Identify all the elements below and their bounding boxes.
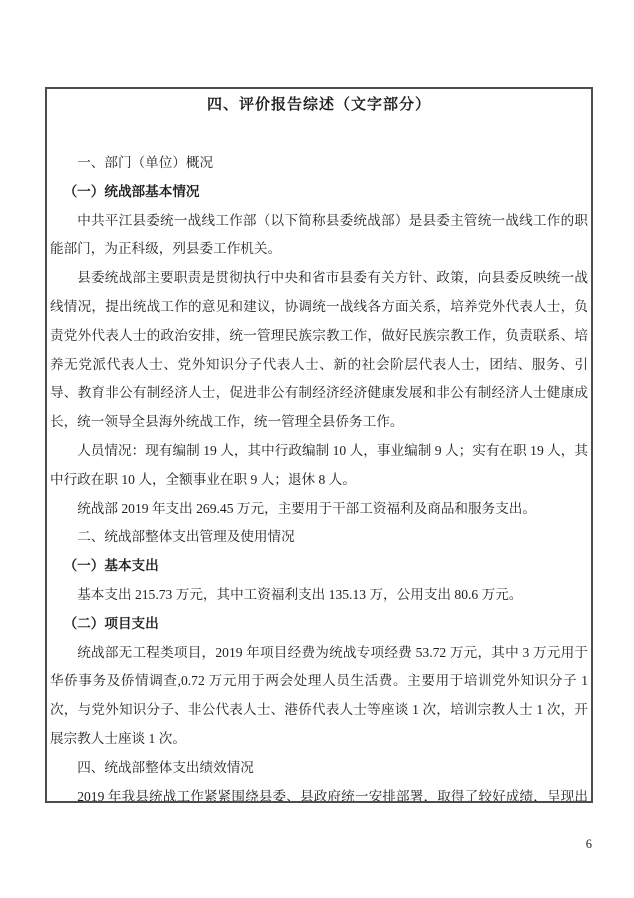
section-heading: 四、统战部整体支出绩效情况	[50, 754, 588, 783]
section-heading: （二）项目支出	[50, 610, 588, 639]
page-number: 6	[586, 836, 592, 852]
body-paragraph: 基本支出 215.73 万元，其中工资福利支出 135.13 万，公用支出 80…	[50, 581, 588, 610]
section-heading: （一）基本支出	[50, 552, 588, 581]
document-page: 四、评价报告综述（文字部分） 一、部门（单位）概况（一）统战部基本情况中共平江县…	[0, 0, 634, 898]
section-heading: 二、统战部整体支出管理及使用情况	[50, 523, 588, 552]
report-title: 四、评价报告综述（文字部分）	[47, 95, 591, 115]
section-heading: （一）统战部基本情况	[50, 178, 588, 207]
body-paragraph: 县委统战部主要职责是贯彻执行中央和省市县委有关方针、政策，向县委反映统一战线情况…	[50, 264, 588, 437]
body-paragraph: 中共平江县委统一战线工作部（以下简称县委统战部）是县委主管统一战线工作的职能部门…	[50, 207, 588, 265]
body-paragraph: 2019 年我县统战工作紧紧围绕县委、县政府统一安排部署，取得了较好成绩，呈现出…	[50, 783, 588, 803]
body-paragraph: 统战部无工程类项目，2019 年项目经费为统战专项经费 53.72 万元，其中 …	[50, 639, 588, 754]
body-paragraph: 人员情况：现有编制 19 人，其中行政编制 10 人，事业编制 9 人；实有在职…	[50, 437, 588, 495]
section-heading: 一、部门（单位）概况	[50, 149, 588, 178]
report-body: 一、部门（单位）概况（一）统战部基本情况中共平江县委统一战线工作部（以下简称县委…	[47, 149, 591, 803]
body-paragraph: 统战部 2019 年支出 269.45 万元，主要用于干部工资福利及商品和服务支…	[50, 495, 588, 524]
report-border-box: 四、评价报告综述（文字部分） 一、部门（单位）概况（一）统战部基本情况中共平江县…	[45, 87, 593, 803]
